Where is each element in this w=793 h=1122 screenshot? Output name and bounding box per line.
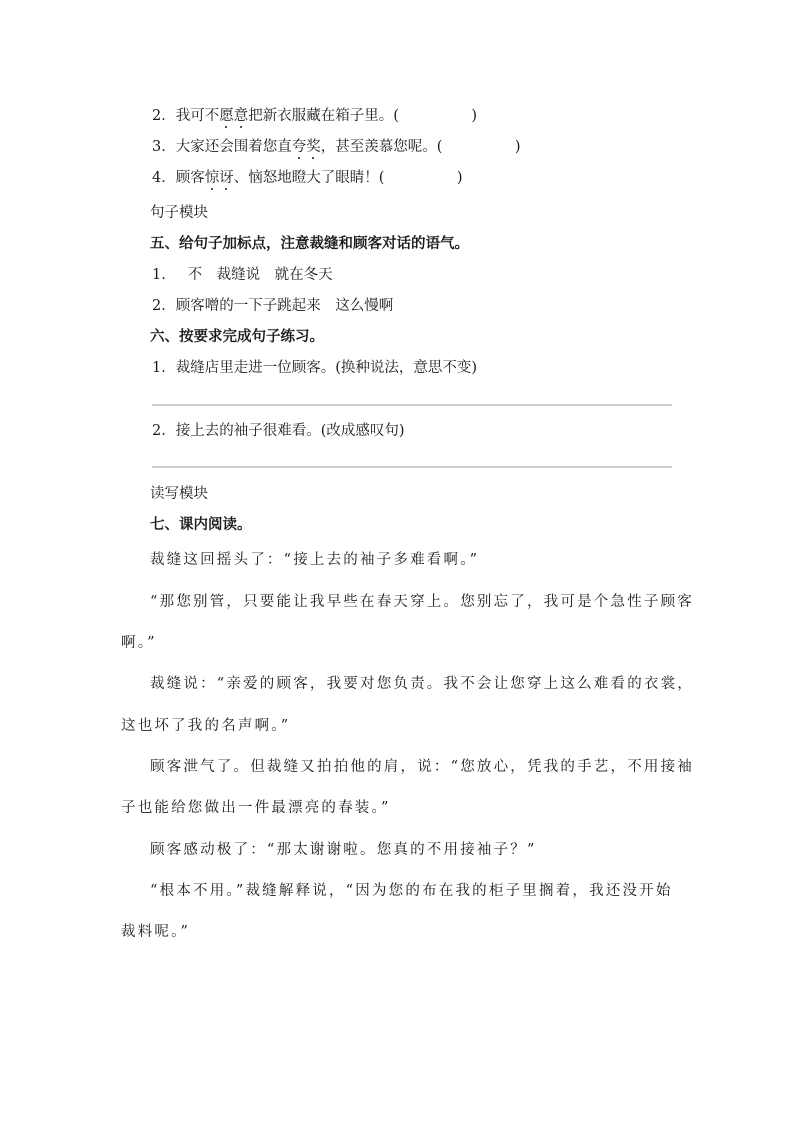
passage-line-5: 这也坏了我的名声啊。” [121, 716, 290, 736]
q6-item-2: 2．接上去的袖子很难看。(改成感叹句) [152, 421, 405, 441]
emphasis-dot-char: 夸 [292, 139, 307, 155]
passage-line-1: 裁缝这回摇头了：“接上去的袖子多难看啊。” [150, 550, 479, 570]
passage-line-8: 顾客感动极了：“那太谢谢啦。您真的不用接袖子？” [150, 840, 537, 860]
emphasis-dot-char: 奖 [306, 139, 321, 155]
passage-line-9: “根本不用。”裁缝解释说，“因为您的布在我的柜子里搁着，我还没开始 [150, 881, 673, 901]
q5-item-2: 2．顾客噌的一下子跳起来 这么慢啊 [152, 296, 393, 316]
passage-line-3: 啊。” [121, 633, 157, 653]
q6-item-1: 1．裁缝店里走进一位顾客。(换种说法，意思不变) [152, 358, 477, 378]
question-number: 2． [152, 108, 176, 124]
emphasized-word: 愿意 [219, 108, 248, 124]
question-number: 3． [152, 139, 176, 155]
emphasis-dot-char: 惊 [205, 170, 220, 186]
question-text: ，甚至羡慕您呢。( [321, 139, 443, 155]
answer-blank[interactable] [399, 108, 472, 124]
answer-blank[interactable] [384, 170, 457, 186]
passage-line-10: 裁料呢。” [121, 922, 190, 942]
paren-close: ) [471, 108, 477, 124]
passage-line-6: 顾客泄气了。但裁缝又拍拍他的肩，说：“您放心，凭我的手艺，不用接袖 [150, 757, 694, 777]
question-2: 2．我可不愿意把新衣服藏在箱子里。( ) [152, 106, 477, 126]
question-3: 3．大家还会围着您直夸奖，甚至羡慕您呢。( ) [152, 137, 521, 157]
question-text: 大家还会围着您直 [176, 139, 292, 155]
paren-close: ) [515, 139, 521, 155]
emphasis-dot-char: 愿 [219, 108, 234, 124]
emphasized-word: 惊讶 [205, 170, 234, 186]
question-7-heading: 七、课内阅读。 [150, 515, 252, 535]
question-text: 我可不 [176, 108, 220, 124]
answer-line-2[interactable] [152, 466, 672, 468]
question-text: 顾客 [176, 170, 205, 186]
q5-item-1: 1． 不 裁缝说 就在冬天 [152, 265, 333, 285]
emphasis-dot-char: 讶 [219, 170, 234, 186]
passage-line-7: 子也能给您做出一件最漂亮的春装。” [121, 798, 391, 818]
section-title-reading: 读写模块 [150, 484, 208, 504]
section-title-sentence: 句子模块 [150, 203, 208, 223]
passage-line-2: “那您别管，只要能让我早些在春天穿上。您别忘了，我可是个急性子顾客 [150, 592, 694, 612]
question-5-heading: 五、给句子加标点，注意裁缝和顾客对话的语气。 [150, 234, 469, 254]
emphasized-word: 夸奖 [292, 139, 321, 155]
question-6-heading: 六、按要求完成句子练习。 [150, 327, 324, 347]
passage-line-4: 裁缝说：“亲爱的顾客，我要对您负责。我不会让您穿上这么难看的衣裳， [150, 674, 694, 694]
answer-blank[interactable] [442, 139, 515, 155]
emphasis-dot-char: 意 [234, 108, 249, 124]
answer-line-1[interactable] [152, 404, 672, 406]
paren-close: ) [457, 170, 463, 186]
question-text: 把新衣服藏在箱子里。( [248, 108, 399, 124]
question-4: 4．顾客惊讶、恼怒地瞪大了眼睛！( ) [152, 168, 463, 188]
question-text: 、恼怒地瞪大了眼睛！( [234, 170, 385, 186]
question-number: 4． [152, 170, 176, 186]
